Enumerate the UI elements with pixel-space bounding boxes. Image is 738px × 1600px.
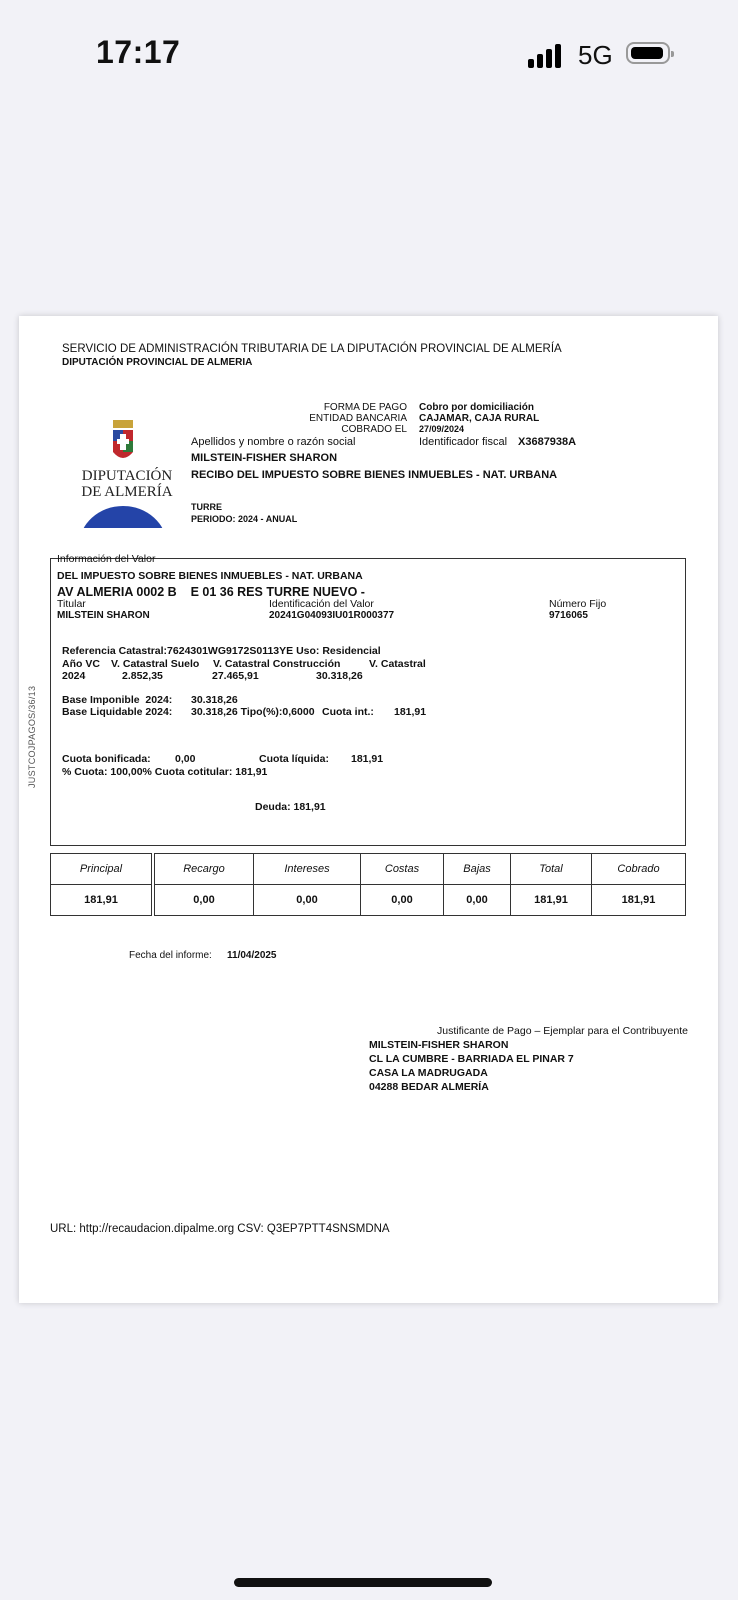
valor-address: AV ALMERIA 0002 B E 01 36 RES TURRE NUEV…	[57, 585, 365, 599]
col-recargo: Recargo	[153, 854, 254, 885]
val-costas: 0,00	[361, 885, 444, 916]
logo-text: DIPUTACIÓN DE ALMERÍA	[77, 468, 177, 500]
vc-year: 2024	[62, 670, 85, 682]
entidad-label: ENTIDAD BANCARIA	[309, 413, 407, 424]
fiscal-id-label: Identificador fiscal	[419, 436, 507, 448]
val-principal: 181,91	[51, 885, 154, 916]
entidad-value: CAJAMAR, CAJA RURAL	[419, 413, 539, 424]
vc-header-total: V. Catastral	[369, 658, 426, 670]
footer-url: URL: http://recaudacion.dipalme.org CSV:…	[50, 1223, 390, 1235]
base-liquidable-label: Base Liquidable 2024:	[62, 706, 172, 718]
logo-arc-icon	[79, 506, 167, 528]
col-bajas: Bajas	[444, 854, 511, 885]
totals-table: Principal Recargo Intereses Costas Bajas…	[50, 853, 686, 916]
header-service: SERVICIO DE ADMINISTRACIÓN TRIBUTARIA DE…	[62, 343, 562, 355]
deuda: Deuda: 181,91	[255, 801, 326, 813]
vc-suelo: 2.852,35	[122, 670, 163, 682]
vc-header-year: Año VC	[62, 658, 100, 670]
home-indicator[interactable]	[234, 1578, 492, 1587]
numfijo-label: Número Fijo	[549, 598, 606, 610]
clock: 17:17	[96, 34, 180, 71]
col-cobrado: Cobrado	[592, 854, 686, 885]
justificante-line-1: MILSTEIN-FISHER SHARON	[369, 1039, 508, 1051]
cuota-percent: % Cuota: 100,00% Cuota cotitular: 181,91	[62, 766, 267, 778]
val-recargo: 0,00	[153, 885, 254, 916]
justificante-line-3: CASA LA MADRUGADA	[369, 1067, 488, 1079]
network-type: 5G	[578, 40, 613, 71]
fecha-informe-value: 11/04/2025	[227, 950, 277, 961]
cobrado-value: 27/09/2024	[419, 424, 464, 434]
valor-section-label: Información del Valor	[57, 553, 155, 565]
vc-construccion: 27.465,91	[212, 670, 259, 682]
col-intereses: Intereses	[254, 854, 361, 885]
referencia-catastral: Referencia Catastral:7624301WG9172S0113Y…	[62, 645, 381, 657]
val-bajas: 0,00	[444, 885, 511, 916]
forma-pago-value: Cobro por domiciliación	[419, 402, 534, 413]
forma-pago-label: FORMA DE PAGO	[324, 402, 407, 413]
val-total: 181,91	[511, 885, 592, 916]
val-intereses: 0,00	[254, 885, 361, 916]
titular-label: Titular	[57, 598, 86, 610]
header-entity: DIPUTACIÓN PROVINCIAL DE ALMERIA	[62, 357, 252, 368]
side-reference-code: JUSTCOJPAGOS/36/13	[27, 686, 37, 788]
cuota-int-label: Cuota int.:	[322, 706, 374, 718]
name-label: Apellidos y nombre o razón social	[191, 436, 355, 448]
battery-icon	[626, 42, 670, 64]
titular-value: MILSTEIN SHARON	[57, 610, 150, 621]
periodo: PERIODO: 2024 - ANUAL	[191, 514, 297, 524]
numfijo-value: 9716065	[549, 610, 588, 621]
val-cobrado: 181,91	[592, 885, 686, 916]
cuota-bonificada-label: Cuota bonificada:	[62, 753, 151, 765]
justificante-title: Justificante de Pago – Ejemplar para el …	[437, 1025, 688, 1037]
cuota-int-value: 181,91	[394, 706, 426, 718]
cuota-liquida-label: Cuota líquida:	[259, 753, 329, 765]
municipio: TURRE	[191, 502, 222, 512]
signal-bars-icon	[528, 44, 568, 68]
receipt-document: SERVICIO DE ADMINISTRACIÓN TRIBUTARIA DE…	[19, 316, 718, 1303]
receipt-title: RECIBO DEL IMPUESTO SOBRE BIENES INMUEBL…	[191, 469, 557, 481]
base-imponible-value: 30.318,26	[191, 694, 238, 706]
cuota-liquida-value: 181,91	[351, 753, 383, 765]
taxpayer-name: MILSTEIN-FISHER SHARON	[191, 452, 337, 464]
col-total: Total	[511, 854, 592, 885]
ident-value: 20241G04093IU01R000377	[269, 610, 394, 621]
justificante-line-4: 04288 BEDAR ALMERÍA	[369, 1081, 489, 1093]
base-liquidable-value: 30.318,26 Tipo(%):0,6000	[191, 706, 315, 718]
status-bar: 17:17 5G	[0, 0, 738, 100]
cuota-bonificada-value: 0,00	[175, 753, 195, 765]
ident-label: Identificación del Valor	[269, 598, 374, 610]
col-principal: Principal	[51, 854, 154, 885]
vc-header-construccion: V. Catastral Construcción	[213, 658, 340, 670]
fiscal-id-value: X3687938A	[518, 436, 576, 448]
justificante-line-2: CL LA CUMBRE - BARRIADA EL PINAR 7	[369, 1053, 574, 1065]
vc-header-suelo: V. Catastral Suelo	[111, 658, 199, 670]
vc-total: 30.318,26	[316, 670, 363, 682]
coat-of-arms-icon	[111, 420, 135, 464]
col-costas: Costas	[361, 854, 444, 885]
cobrado-label: COBRADO EL	[341, 424, 407, 435]
fecha-informe-label: Fecha del informe:	[129, 950, 212, 961]
valor-tax-name: DEL IMPUESTO SOBRE BIENES INMUEBLES - NA…	[57, 570, 363, 582]
base-imponible-label: Base Imponible 2024:	[62, 694, 172, 706]
